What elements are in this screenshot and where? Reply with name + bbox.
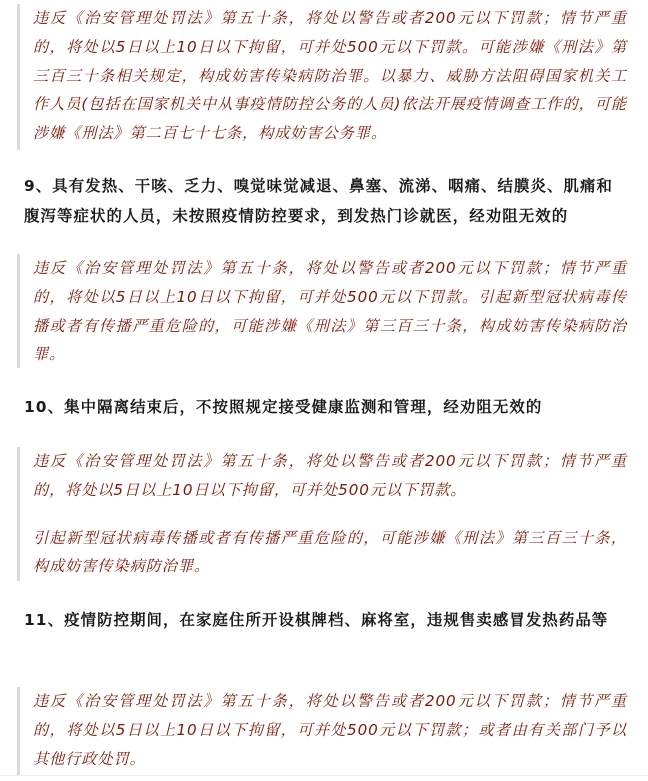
penalty-quote-11: 违反《治安管理处罚法》第五十条，将处以警告或者200元以下罚款；情节严重的，将处…	[17, 687, 627, 775]
quote-paragraph: 违反《治安管理处罚法》第五十条，将处以警告或者200元以下罚款；情节严重的，将处…	[33, 4, 627, 148]
divider	[0, 775, 648, 776]
quote-paragraph: 违反《治安管理处罚法》第五十条，将处以警告或者200元以下罚款；情节严重的，将处…	[33, 447, 627, 505]
item-heading-11: 11、疫情防控期间，在家庭住所开设棋牌档、麻将室，违规售卖感冒发热药品等	[24, 605, 628, 635]
quote-paragraph: 违反《治安管理处罚法》第五十条，将处以警告或者200元以下罚款；情节严重的，将处…	[33, 687, 627, 773]
penalty-quote-10: 违反《治安管理处罚法》第五十条，将处以警告或者200元以下罚款；情节严重的，将处…	[17, 447, 627, 581]
quote-paragraph: 违反《治安管理处罚法》第五十条，将处以警告或者200元以下罚款；情节严重的，将处…	[33, 254, 627, 369]
penalty-quote-9: 违反《治安管理处罚法》第五十条，将处以警告或者200元以下罚款；情节严重的，将处…	[17, 254, 627, 368]
quote-paragraph: 引起新型冠状病毒传播或者有传播严重危险的，可能涉嫌《刑法》第三百三十条，构成妨害…	[33, 524, 627, 582]
penalty-quote-8: 违反《治安管理处罚法》第五十条，将处以警告或者200元以下罚款；情节严重的，将处…	[17, 4, 627, 150]
item-heading-10: 10、集中隔离结束后，不按照规定接受健康监测和管理，经劝阻无效的	[24, 392, 628, 422]
item-heading-9: 9、具有发热、干咳、乏力、嗅觉味觉减退、鼻塞、流涕、咽痛、结膜炎、肌痛和腹泻等症…	[24, 171, 628, 231]
